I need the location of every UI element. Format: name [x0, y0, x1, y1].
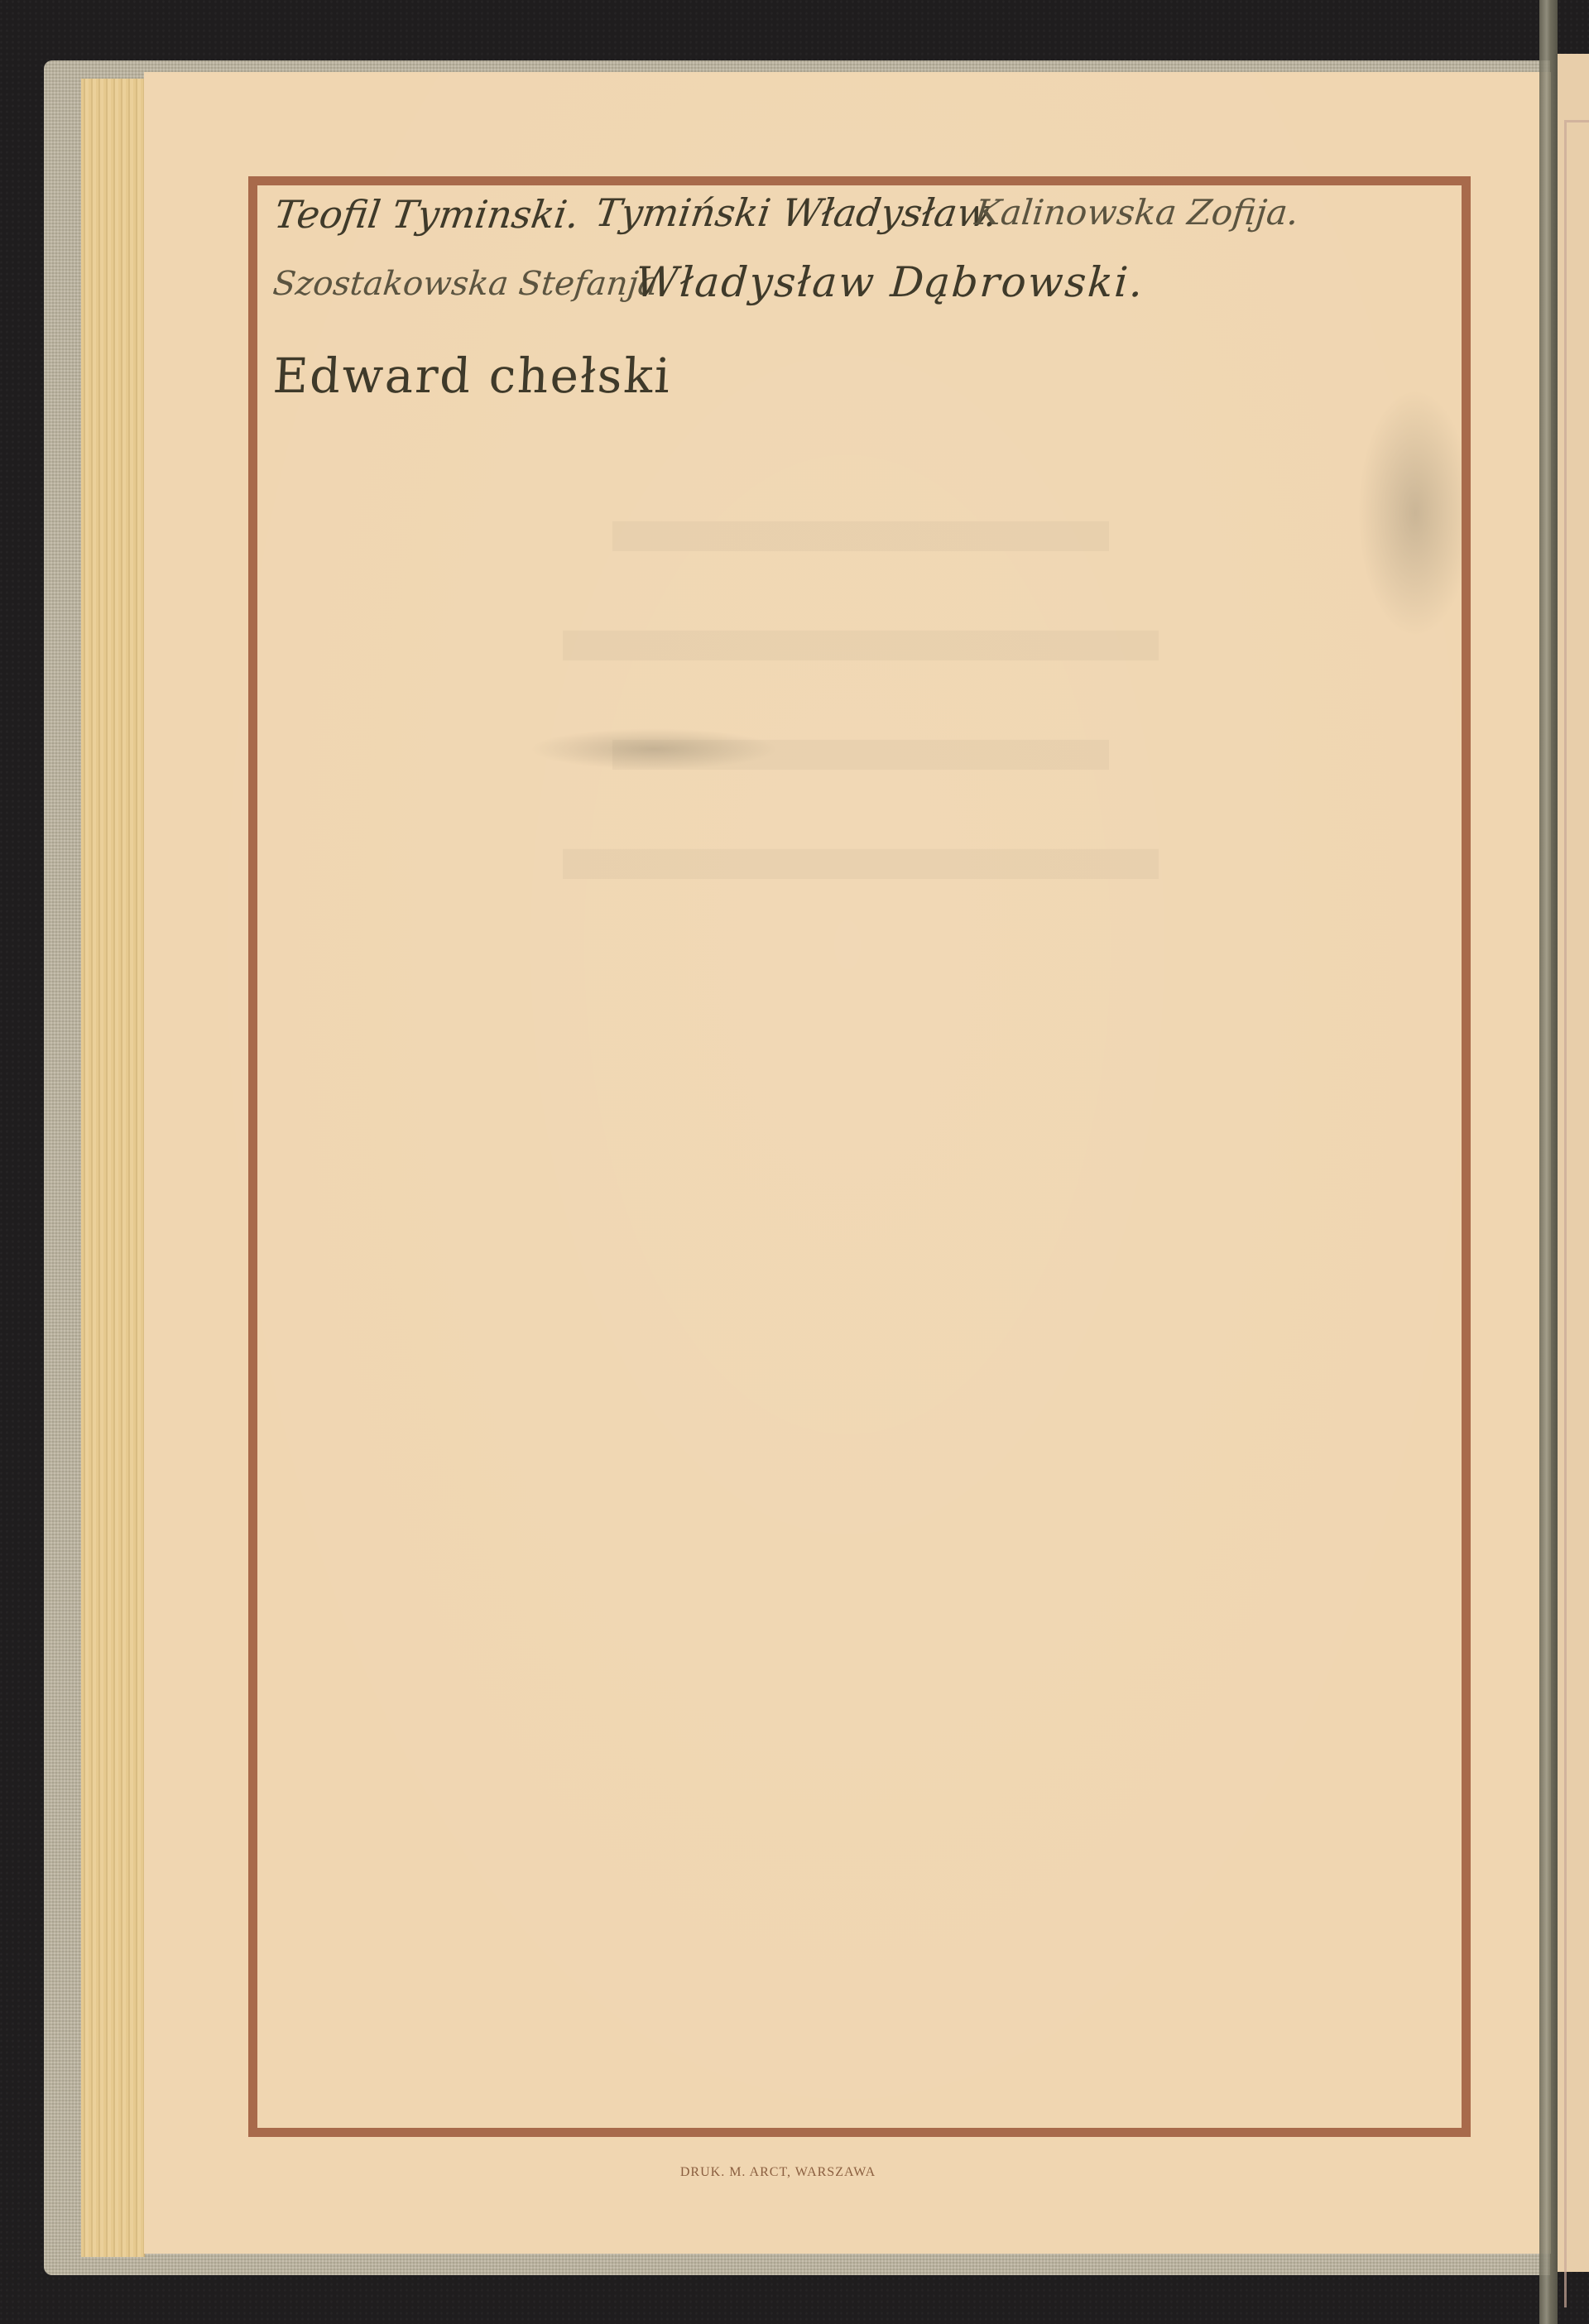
- signature-kalinowska-zofija: Kalinowska Zofija.: [972, 192, 1300, 233]
- signature-wladyslaw-dabrowski: Władysław Dąbrowski.: [634, 258, 1146, 306]
- page-stack-edges: [81, 79, 145, 2257]
- page-border-frame: [248, 176, 1471, 2137]
- signature-edward-chelski: Edward chełski: [271, 348, 673, 404]
- signature-szostakowska-stefanja: Szostakowska Stefanja.: [271, 265, 670, 303]
- book-gutter: [1539, 0, 1558, 2324]
- signature-teofil-tyminski: Teofil Tyminski.: [271, 192, 582, 237]
- signature-tyminski-wladyslaw: Tymiński Władysław.: [593, 190, 1001, 235]
- facing-page-ornament: [1564, 120, 1589, 2307]
- printer-imprint: DRUK. M. ARCT, WARSZAWA: [0, 2165, 1572, 2180]
